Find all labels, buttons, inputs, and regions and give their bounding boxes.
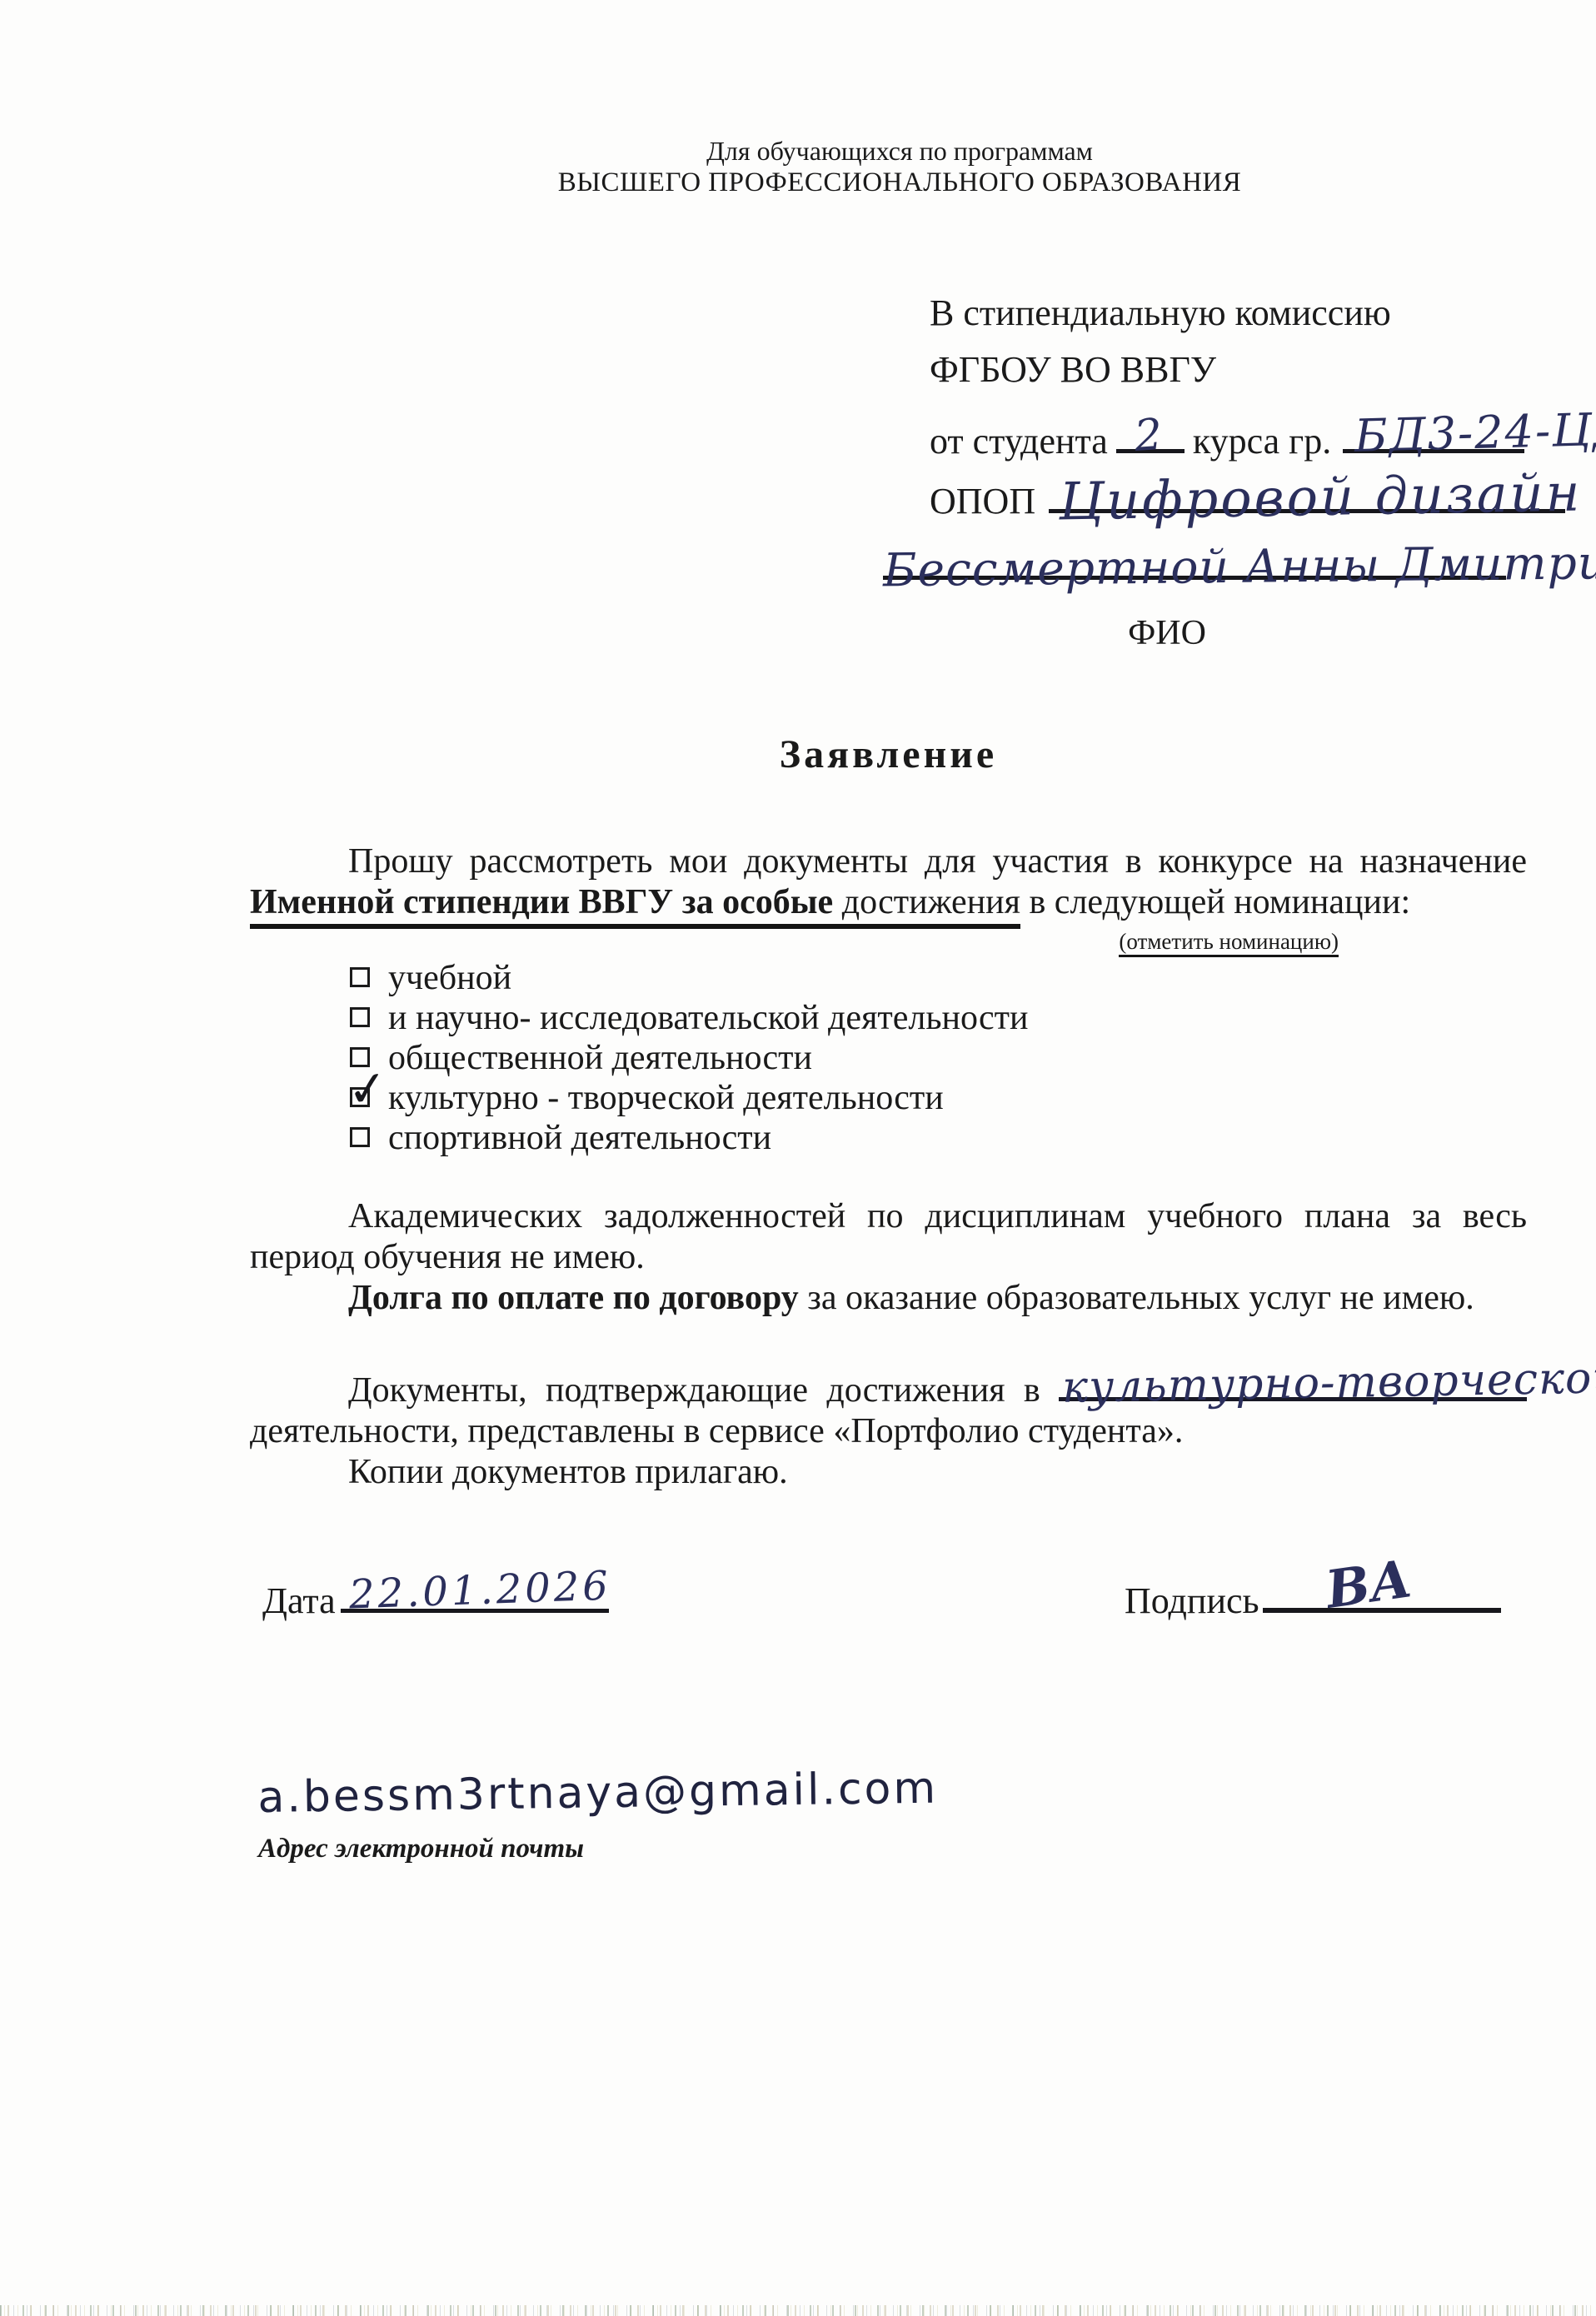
nomination-option-label: культурно - творческой деятельности — [388, 1079, 944, 1117]
from-student-label: от студента — [930, 421, 1108, 462]
nomination-option-study: учебной — [350, 958, 1029, 998]
date-field: 22.01.2026 — [341, 1571, 609, 1613]
checkbox-icon-checked: ✓ — [350, 1087, 370, 1107]
academic-line-2: период обучения не имею. — [250, 1237, 1527, 1278]
request-paragraph: Прошу рассмотреть мои документы для учас… — [250, 841, 1527, 954]
nomination-note: (отметить номинацию) — [250, 929, 1527, 954]
checkbox-icon — [350, 1007, 370, 1027]
nomination-option-social: общественной деятельности — [350, 1038, 1029, 1078]
course-number-handwritten: 2 — [1133, 415, 1163, 457]
nomination-option-label: учебной — [388, 959, 511, 997]
opop-label: ОПОП — [930, 481, 1035, 522]
date-label: Дата — [262, 1580, 336, 1621]
group-handwritten: БД3-24-ЦД1 — [1354, 408, 1596, 457]
request-underlined-segment: Именной стипендии ВВГУ за особые достиже… — [250, 883, 1020, 929]
documents-line-1: Документы, подтверждающие достижения в к… — [250, 1368, 1527, 1411]
request-tail: в следующей номинации: — [1029, 883, 1410, 921]
scholarship-name-bold: Именной стипендии ВВГУ — [250, 883, 673, 921]
opop-line: ОПОПЦифровой дизайн — [930, 475, 1565, 522]
payment-line: Долга по оплате по договору за оказание … — [250, 1278, 1527, 1319]
documents-line-3: Копии документов прилагаю. — [250, 1452, 1527, 1493]
nomination-option-label: и научно- исследовательской деятельности — [388, 999, 1029, 1037]
addressee-block: В стипендиальную комиссию ФГБОУ ВО ВВГУ … — [930, 293, 1596, 668]
student-name-line: Бессмертной Анны Дмитриевны — [883, 533, 1506, 588]
request-line-1: Прошу рассмотреть мои документы для учас… — [250, 841, 1527, 882]
signature-field: ВА — [1263, 1571, 1501, 1613]
addressee-commission-line: В стипендиальную комиссию — [930, 293, 1391, 333]
signature-block: ПодписьВА — [1125, 1571, 1501, 1625]
signature-label: Подпись — [1125, 1580, 1259, 1621]
scanned-application-document: Для обучающихся по программам ВЫСШЕГО ПР… — [0, 0, 1596, 2316]
nomination-option-label: спортивной деятельности — [388, 1119, 771, 1157]
group-field: БД3-24-ЦД1 — [1343, 415, 1524, 453]
nomination-checklist: учебной и научно- исследовательской деят… — [350, 958, 1029, 1158]
course-suffix-label: курса гр. — [1193, 421, 1331, 462]
document-title: Заявление — [250, 731, 1527, 778]
checkbox-icon — [350, 1127, 370, 1147]
nomination-option-cultural: ✓ культурно - творческой деятельности — [350, 1078, 1029, 1118]
email-handwritten: a.bessm3rtnaya@gmail.com — [257, 1762, 938, 1824]
from-student-line: от студента2курса гр.БД3-24-ЦД1 — [930, 415, 1524, 462]
fio-label: ФИО — [930, 613, 1404, 653]
nomination-option-science: и научно- исследовательской деятельности — [350, 998, 1029, 1038]
academic-debts-paragraph: Академических задолженностей по дисципли… — [250, 1196, 1527, 1278]
handwritten-nomination-value: культурно-творческой — [1062, 1358, 1596, 1409]
payment-paragraph: Долга по оплате по договору за оказание … — [250, 1278, 1527, 1319]
student-name-field: Бессмертной Анны Дмитриевны — [883, 533, 1506, 580]
nomination-option-sport: спортивной деятельности — [350, 1118, 1029, 1158]
header-line-1: Для обучающихся по программам — [525, 135, 1274, 167]
course-number-field: 2 — [1116, 415, 1185, 453]
nomination-option-label: общественной деятельности — [388, 1039, 812, 1077]
documents-paragraph: Документы, подтверждающие достижения в к… — [250, 1368, 1527, 1493]
achievements-underlined: достижения — [842, 883, 1020, 921]
request-line-2: Именной стипендии ВВГУ за особые достиже… — [250, 882, 1527, 923]
header-line-2: ВЫСШЕГО ПРОФЕССИОНАЛЬНОГО ОБРАЗОВАНИЯ — [525, 167, 1274, 198]
email-label: Адрес электронной почты — [258, 1833, 939, 1864]
date-block: Дата22.01.2026 — [262, 1571, 609, 1625]
email-block: a.bessm3rtnaya@gmail.com Адрес электронн… — [258, 1771, 939, 1864]
date-handwritten: 22.01.2026 — [348, 1563, 612, 1619]
documents-lead: Документы, подтверждающие достижения в — [348, 1371, 1040, 1410]
checkmark-icon: ✓ — [345, 1063, 390, 1116]
signature-handwritten: ВА — [1323, 1555, 1414, 1614]
opop-field: Цифровой дизайн — [1049, 475, 1565, 513]
document-header-note: Для обучающихся по программам ВЫСШЕГО ПР… — [525, 135, 1274, 198]
special-bold: за особые — [682, 883, 833, 921]
handwritten-nomination-field: культурно-творческой — [1059, 1368, 1527, 1401]
documents-line-2: деятельности, представлены в сервисе «По… — [250, 1411, 1527, 1452]
payment-rest: за оказание образовательных услуг не име… — [807, 1279, 1474, 1317]
addressee-university-line: ФГБОУ ВО ВВГУ — [930, 350, 1216, 390]
academic-line-1: Академических задолженностей по дисципли… — [250, 1196, 1527, 1237]
scan-noise-strip — [0, 2305, 1596, 2316]
payment-bold-lead: Долга по оплате по договору — [348, 1279, 799, 1317]
checkbox-icon — [350, 967, 370, 987]
student-name-handwritten: Бессмертной Анны Дмитриевны — [883, 542, 1596, 591]
opop-handwritten: Цифровой дизайн — [1059, 473, 1583, 522]
